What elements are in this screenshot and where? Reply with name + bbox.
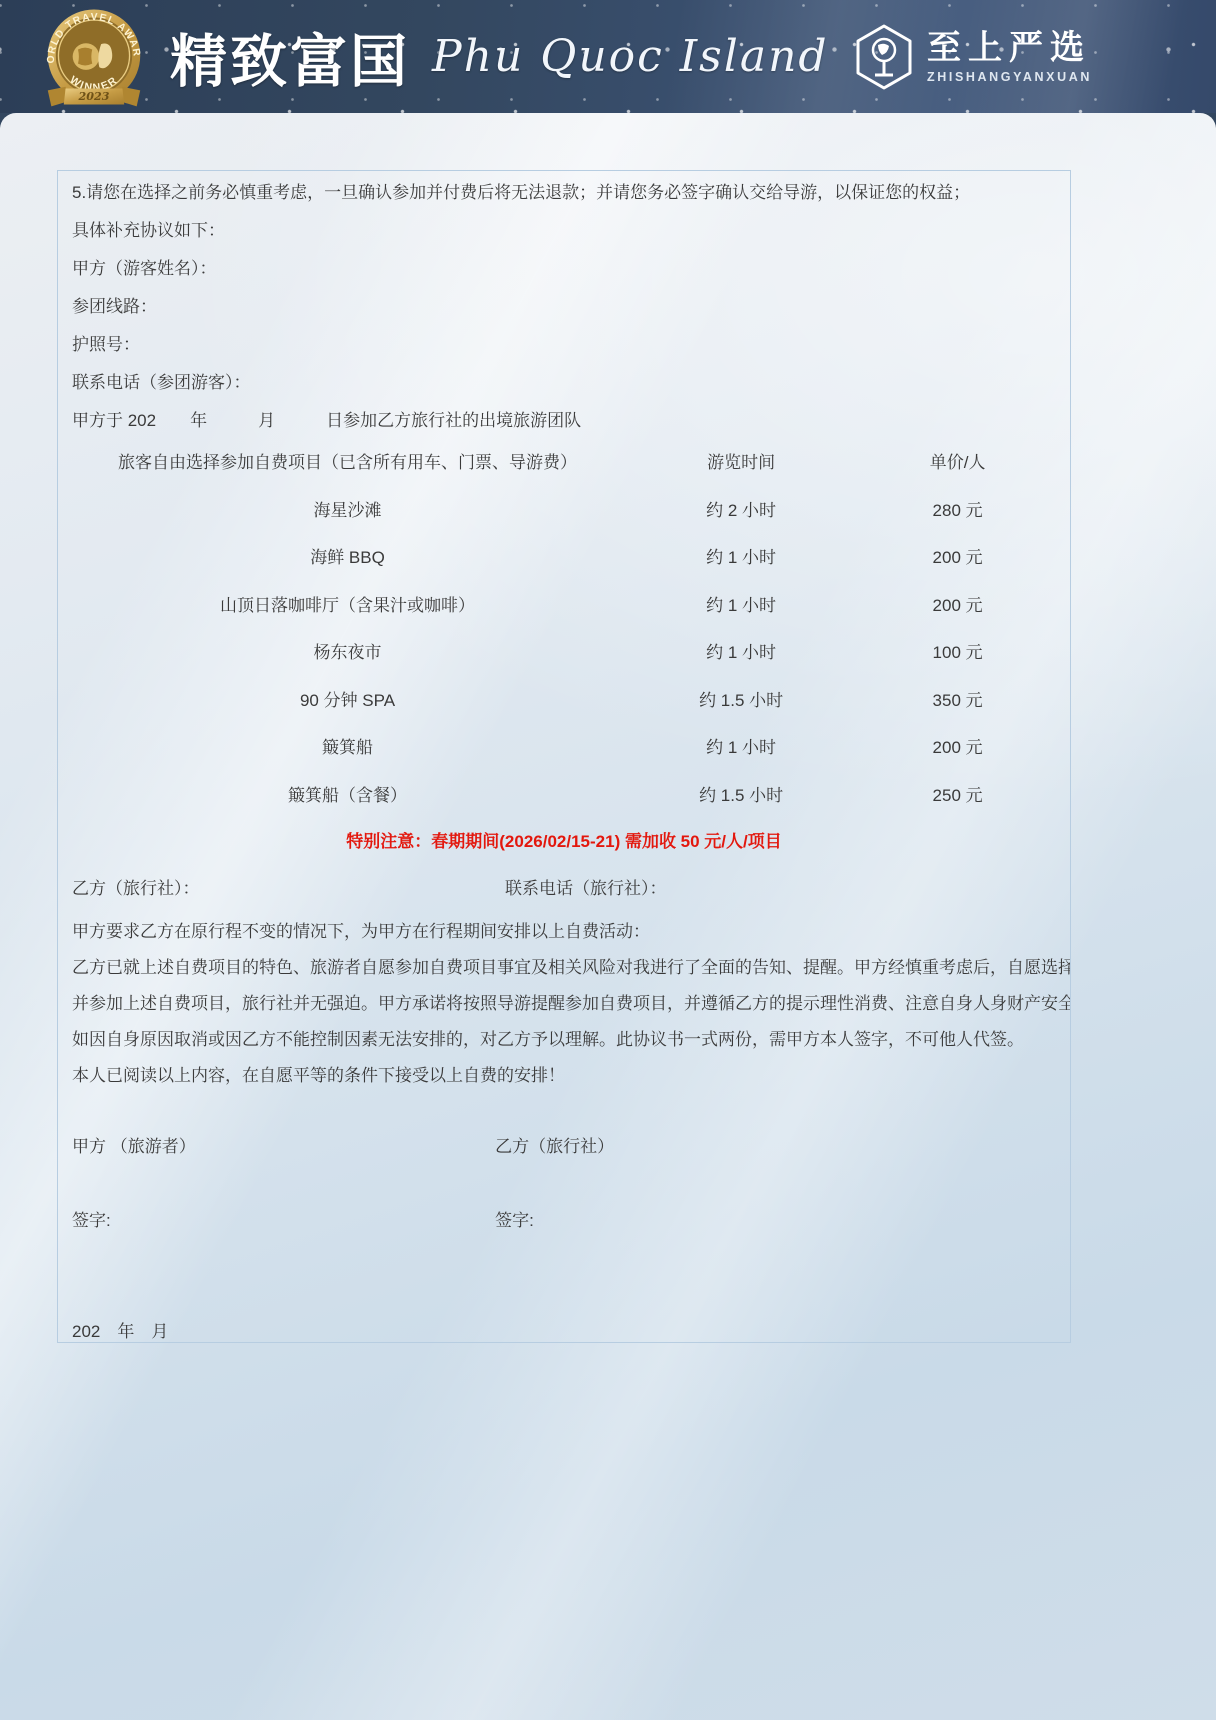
header-content: WORLD TRAVEL AWARDS WINNER 2023 精致富国 Phu… xyxy=(0,0,1216,113)
activity-price: 250 元 xyxy=(859,770,1056,818)
badge-svg: WORLD TRAVEL AWARDS WINNER 2023 xyxy=(30,5,158,117)
activity-duration: 约 1 小时 xyxy=(623,532,859,580)
join-date-line: 甲方于 202 年 月 日参加乙方旅行社的出境旅游团队 xyxy=(72,399,1056,437)
tour-route-field: 参团线路： xyxy=(72,285,1056,323)
table-row: 簸箕船 约 1 小时 200 元 xyxy=(72,722,1056,770)
paragraph-line: 并参加上述自费项目，旅行社并无强迫。甲方承诺将按照导游提醒参加自费项目，并遵循乙… xyxy=(72,983,1056,1019)
party-a-signature-title: 甲方 （旅游者） xyxy=(72,1126,196,1162)
activity-duration: 约 1 小时 xyxy=(623,580,859,628)
tourist-phone-field: 联系电话（参团游客）： xyxy=(72,361,1056,399)
logo-text-cn: 至上严选 xyxy=(927,30,1091,67)
party-a-sign-label: 签字: xyxy=(72,1200,111,1236)
hexagon-goblet-icon xyxy=(853,24,915,90)
passport-no-field: 护照号： xyxy=(72,323,1056,361)
activity-duration: 约 1.5 小时 xyxy=(623,770,859,818)
activity-duration: 约 1 小时 xyxy=(623,722,859,770)
paragraph-line: 本人已阅读以上内容，在自愿平等的条件下接受以上自费的安排！ xyxy=(72,1055,1056,1091)
activity-price: 280 元 xyxy=(859,485,1056,533)
activity-price: 200 元 xyxy=(859,722,1056,770)
party-b-signature-title: 乙方（旅行社） xyxy=(495,1126,614,1162)
activity-name: 海星沙滩 xyxy=(72,485,623,533)
date-line: 202 年 月 xyxy=(72,1311,1056,1343)
agency-phone-field: 联系电话（旅行社）： xyxy=(505,861,667,911)
paragraph-line: 甲方要求乙方在原行程不变的情况下，为甲方在行程期间安排以上自费活动： xyxy=(72,911,1056,947)
col-header-activity: 旅客自由选择参加自费项目（已含所有用车、门票、导游费） xyxy=(72,437,623,485)
agreement-paragraphs: 甲方要求乙方在原行程不变的情况下，为甲方在行程期间安排以上自费活动： 乙方已就上… xyxy=(72,911,1056,1091)
activity-duration: 约 1 小时 xyxy=(623,627,859,675)
document-page: 5.请您在选择之前务必慎重考虑，一旦确认参加并付费后将无法退款；并请您务必签字确… xyxy=(0,113,1216,1720)
badge-ribbon: 2023 xyxy=(48,86,140,106)
activity-price: 200 元 xyxy=(859,580,1056,628)
party-a-name-field: 甲方（游客姓名）： xyxy=(72,247,1056,285)
table-row: 90 分钟 SPA 约 1.5 小时 350 元 xyxy=(72,675,1056,723)
paragraph-line: 如因自身原因取消或因乙方不能控制因素无法安排的，对乙方予以理解。此协议书一式两份… xyxy=(72,1019,1056,1055)
paragraph-line: 乙方已就上述自费项目的特色、旅游者自愿参加自费项目事宜及相关风险对我进行了全面的… xyxy=(72,947,1056,983)
brand-title-cn: 精致富国 xyxy=(170,16,410,98)
activity-name: 山顶日落咖啡厅（含果汁或咖啡） xyxy=(72,580,623,628)
world-travel-awards-badge-icon: WORLD TRAVEL AWARDS WINNER 2023 xyxy=(30,5,158,117)
company-logo: 至上严选 ZHISHANGYANXUAN xyxy=(853,24,1092,90)
globe-faces-emblem xyxy=(73,43,113,70)
party-b-sign-label: 签字: xyxy=(495,1200,534,1236)
special-notice: 特别注意：春期期间(2026/02/15-21) 需加收 50 元/人/项目 xyxy=(72,817,1056,861)
col-header-duration: 游览时间 xyxy=(623,437,859,485)
signature-parties-row: 甲方 （旅游者） 乙方（旅行社） xyxy=(72,1126,1056,1162)
badge-year-text: 2023 xyxy=(78,90,110,103)
logo-text-en: ZHISHANGYANXUAN xyxy=(927,70,1092,84)
table-row: 海星沙滩 约 2 小时 280 元 xyxy=(72,485,1056,533)
col-header-price: 单价/人 xyxy=(859,437,1056,485)
party-b-field: 乙方（旅行社）： xyxy=(72,861,200,911)
activity-name: 海鲜 BBQ xyxy=(72,532,623,580)
table-header-row: 旅客自由选择参加自费项目（已含所有用车、门票、导游费） 游览时间 单价/人 xyxy=(72,437,1056,485)
activity-name: 簸箕船（含餐） xyxy=(72,770,623,818)
brand-title-en: Phu Quoc Island xyxy=(432,31,829,82)
table-row: 簸箕船（含餐） 约 1.5 小时 250 元 xyxy=(72,770,1056,818)
activity-name: 杨东夜市 xyxy=(72,627,623,675)
table-row: 海鲜 BBQ 约 1 小时 200 元 xyxy=(72,532,1056,580)
activity-name: 90 分钟 SPA xyxy=(72,675,623,723)
table-row: 山顶日落咖啡厅（含果汁或咖啡） 约 1 小时 200 元 xyxy=(72,580,1056,628)
signature-labels-row: 签字: 签字: xyxy=(72,1200,1056,1236)
header-band: WORLD TRAVEL AWARDS WINNER 2023 精致富国 Phu… xyxy=(0,0,1216,113)
clause-5-line: 5.请您在选择之前务必慎重考虑，一旦确认参加并付费后将无法退款；并请您务必签字确… xyxy=(72,171,1056,209)
agreement-box: 5.请您在选择之前务必慎重考虑，一旦确认参加并付费后将无法退款；并请您务必签字确… xyxy=(57,170,1071,1343)
activity-price: 200 元 xyxy=(859,532,1056,580)
hexagon-svg xyxy=(853,24,915,90)
activity-price: 350 元 xyxy=(859,675,1056,723)
table-row: 杨东夜市 约 1 小时 100 元 xyxy=(72,627,1056,675)
activity-duration: 约 2 小时 xyxy=(623,485,859,533)
party-b-row: 乙方（旅行社）： 联系电话（旅行社）： xyxy=(72,861,1056,911)
optional-activities-table: 旅客自由选择参加自费项目（已含所有用车、门票、导游费） 游览时间 单价/人 海星… xyxy=(72,437,1056,817)
activity-price: 100 元 xyxy=(859,627,1056,675)
activity-duration: 约 1.5 小时 xyxy=(623,675,859,723)
activity-name: 簸箕船 xyxy=(72,722,623,770)
supplement-title-line: 具体补充协议如下： xyxy=(72,209,1056,247)
